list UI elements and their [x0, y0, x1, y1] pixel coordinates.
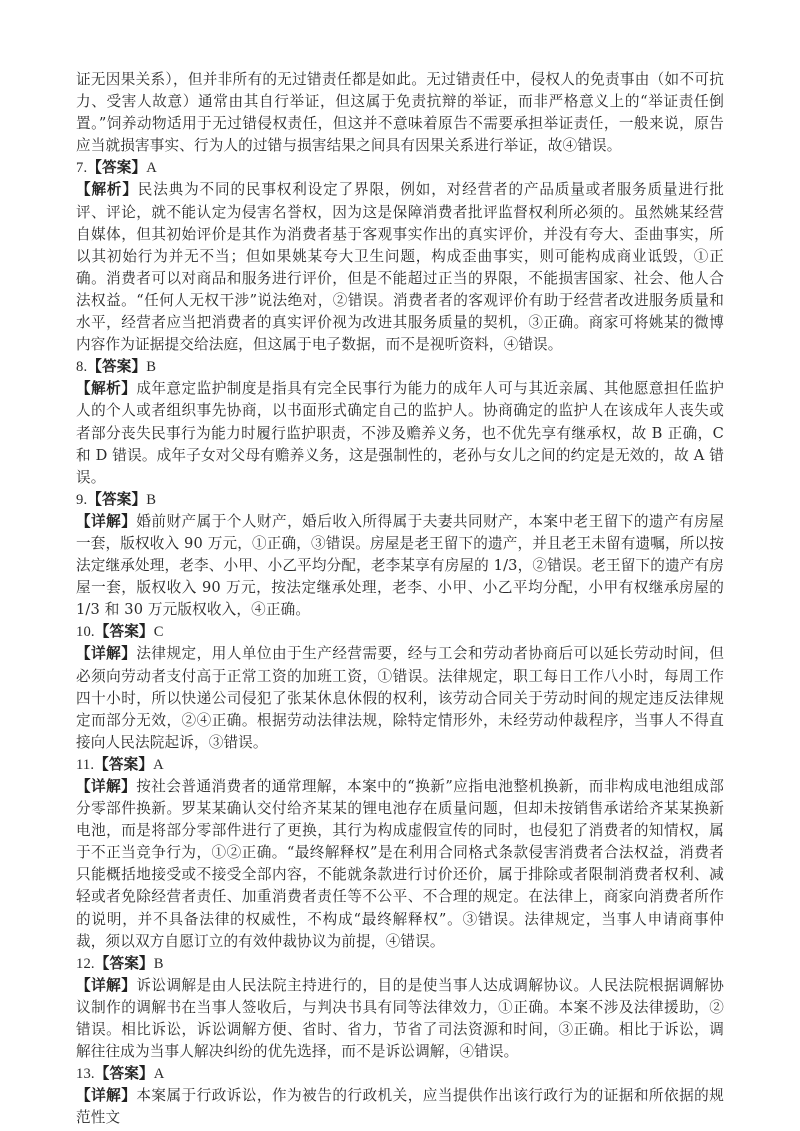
question-number: 9. [76, 492, 87, 508]
question-10: 10.【答案】C 【详解】法律规定，用人单位由于生产经营需要，经与工会和劳动者协… [76, 621, 724, 754]
answer-value: C [154, 624, 164, 640]
analysis-tag: 【详解】 [76, 1087, 136, 1104]
question-13: 13.【答案】A 【详解】本案属于行政诉讼，作为被告的行政机关，应当提供作出该行… [76, 1063, 724, 1129]
question-number: 12. [76, 956, 95, 972]
answer-line: 8.【答案】B [76, 356, 724, 378]
answer-line: 11.【答案】A [76, 754, 724, 776]
answer-value: A [146, 160, 157, 176]
answer-value: A [153, 757, 164, 773]
answer-tag: 【答案】 [87, 491, 146, 508]
analysis-paragraph: 【详解】本案属于行政诉讼，作为被告的行政机关，应当提供作出该行政行为的证据和所依… [76, 1085, 724, 1129]
question-number: 8. [76, 359, 87, 375]
analysis-text: 法律规定，用人单位由于生产经营需要，经与工会和劳动者协商后可以延长劳动时间，但必… [76, 645, 724, 750]
analysis-text: 成年意定监护制度是指具有完全民事行为能力的成年人可与其近亲属、其他愿意担任监护人… [76, 380, 724, 485]
analysis-paragraph: 【详解】诉讼调解是由人民法院主持进行的，目的是使当事人达成调解协议。人民法院根据… [76, 975, 724, 1063]
analysis-tag: 【详解】 [76, 645, 136, 662]
analysis-paragraph: 【解析】民法典为不同的民事权利设定了界限，例如，对经营者的产品质量或者服务质量进… [76, 179, 724, 356]
question-number: 11. [76, 757, 94, 773]
analysis-tag: 【详解】 [76, 778, 136, 795]
document-page: 证无因果关系），但并非所有的无过错责任都是如此。无过错责任中，侵权人的免责事由（… [76, 69, 724, 1130]
question-12: 12.【答案】B 【详解】诉讼调解是由人民法院主持进行的，目的是使当事人达成调解… [76, 953, 724, 1063]
question-11: 11.【答案】A 【详解】按社会普通消费者的通常理解，本案中的“换新”应指电池整… [76, 754, 724, 953]
answer-value: B [146, 359, 156, 375]
analysis-text: 婚前财产属于个人财产，婚后收入所得属于夫妻共同财产，本案中老王留下的遗产有房屋一… [76, 513, 724, 618]
question-7: 7.【答案】A 【解析】民法典为不同的民事权利设定了界限，例如，对经营者的产品质… [76, 157, 724, 356]
analysis-tag: 【详解】 [76, 977, 136, 994]
analysis-paragraph: 【解析】成年意定监护制度是指具有完全民事行为能力的成年人可与其近亲属、其他愿意担… [76, 378, 724, 488]
answer-value: B [146, 492, 156, 508]
question-number: 10. [76, 624, 95, 640]
analysis-paragraph: 【详解】按社会普通消费者的通常理解，本案中的“换新”应指电池整机换新，而非构成电… [76, 776, 724, 953]
question-number: 7. [76, 160, 87, 176]
answer-line: 7.【答案】A [76, 157, 724, 179]
analysis-text: 诉讼调解是由人民法院主持进行的，目的是使当事人达成调解协议。人民法院根据调解协议… [76, 977, 724, 1060]
answer-tag: 【答案】 [87, 358, 146, 375]
analysis-text: 按社会普通消费者的通常理解，本案中的“换新”应指电池整机换新，而非构成电池组成部… [76, 778, 724, 950]
answer-line: 10.【答案】C [76, 621, 724, 643]
analysis-text: 本案属于行政诉讼，作为被告的行政机关，应当提供作出该行政行为的证据和所依据的规范… [76, 1087, 724, 1126]
answer-tag: 【答案】 [87, 159, 146, 176]
answer-value: A [154, 1066, 165, 1082]
analysis-tag: 【详解】 [76, 513, 136, 530]
analysis-paragraph: 【详解】婚前财产属于个人财产，婚后收入所得属于夫妻共同财产，本案中老王留下的遗产… [76, 511, 724, 621]
question-9: 9.【答案】B 【详解】婚前财产属于个人财产，婚后收入所得属于夫妻共同财产，本案… [76, 489, 724, 622]
answer-line: 13.【答案】A [76, 1063, 724, 1085]
answer-tag: 【答案】 [95, 623, 154, 640]
answer-value: B [154, 956, 164, 972]
question-number: 13. [76, 1066, 95, 1082]
answer-line: 9.【答案】B [76, 489, 724, 511]
analysis-tag: 【解析】 [76, 181, 138, 198]
answer-tag: 【答案】 [95, 1065, 154, 1082]
question-8: 8.【答案】B 【解析】成年意定监护制度是指具有完全民事行为能力的成年人可与其近… [76, 356, 724, 489]
analysis-tag: 【解析】 [76, 380, 136, 397]
analysis-text: 民法典为不同的民事权利设定了界限，例如，对经营者的产品质量或者服务质量进行批评、… [76, 181, 724, 353]
analysis-paragraph: 【详解】法律规定，用人单位由于生产经营需要，经与工会和劳动者协商后可以延长劳动时… [76, 643, 724, 753]
answer-tag: 【答案】 [95, 955, 154, 972]
continuation-paragraph: 证无因果关系），但并非所有的无过错责任都是如此。无过错责任中，侵权人的免责事由（… [76, 69, 724, 157]
answer-tag: 【答案】 [94, 756, 153, 773]
answer-line: 12.【答案】B [76, 953, 724, 975]
